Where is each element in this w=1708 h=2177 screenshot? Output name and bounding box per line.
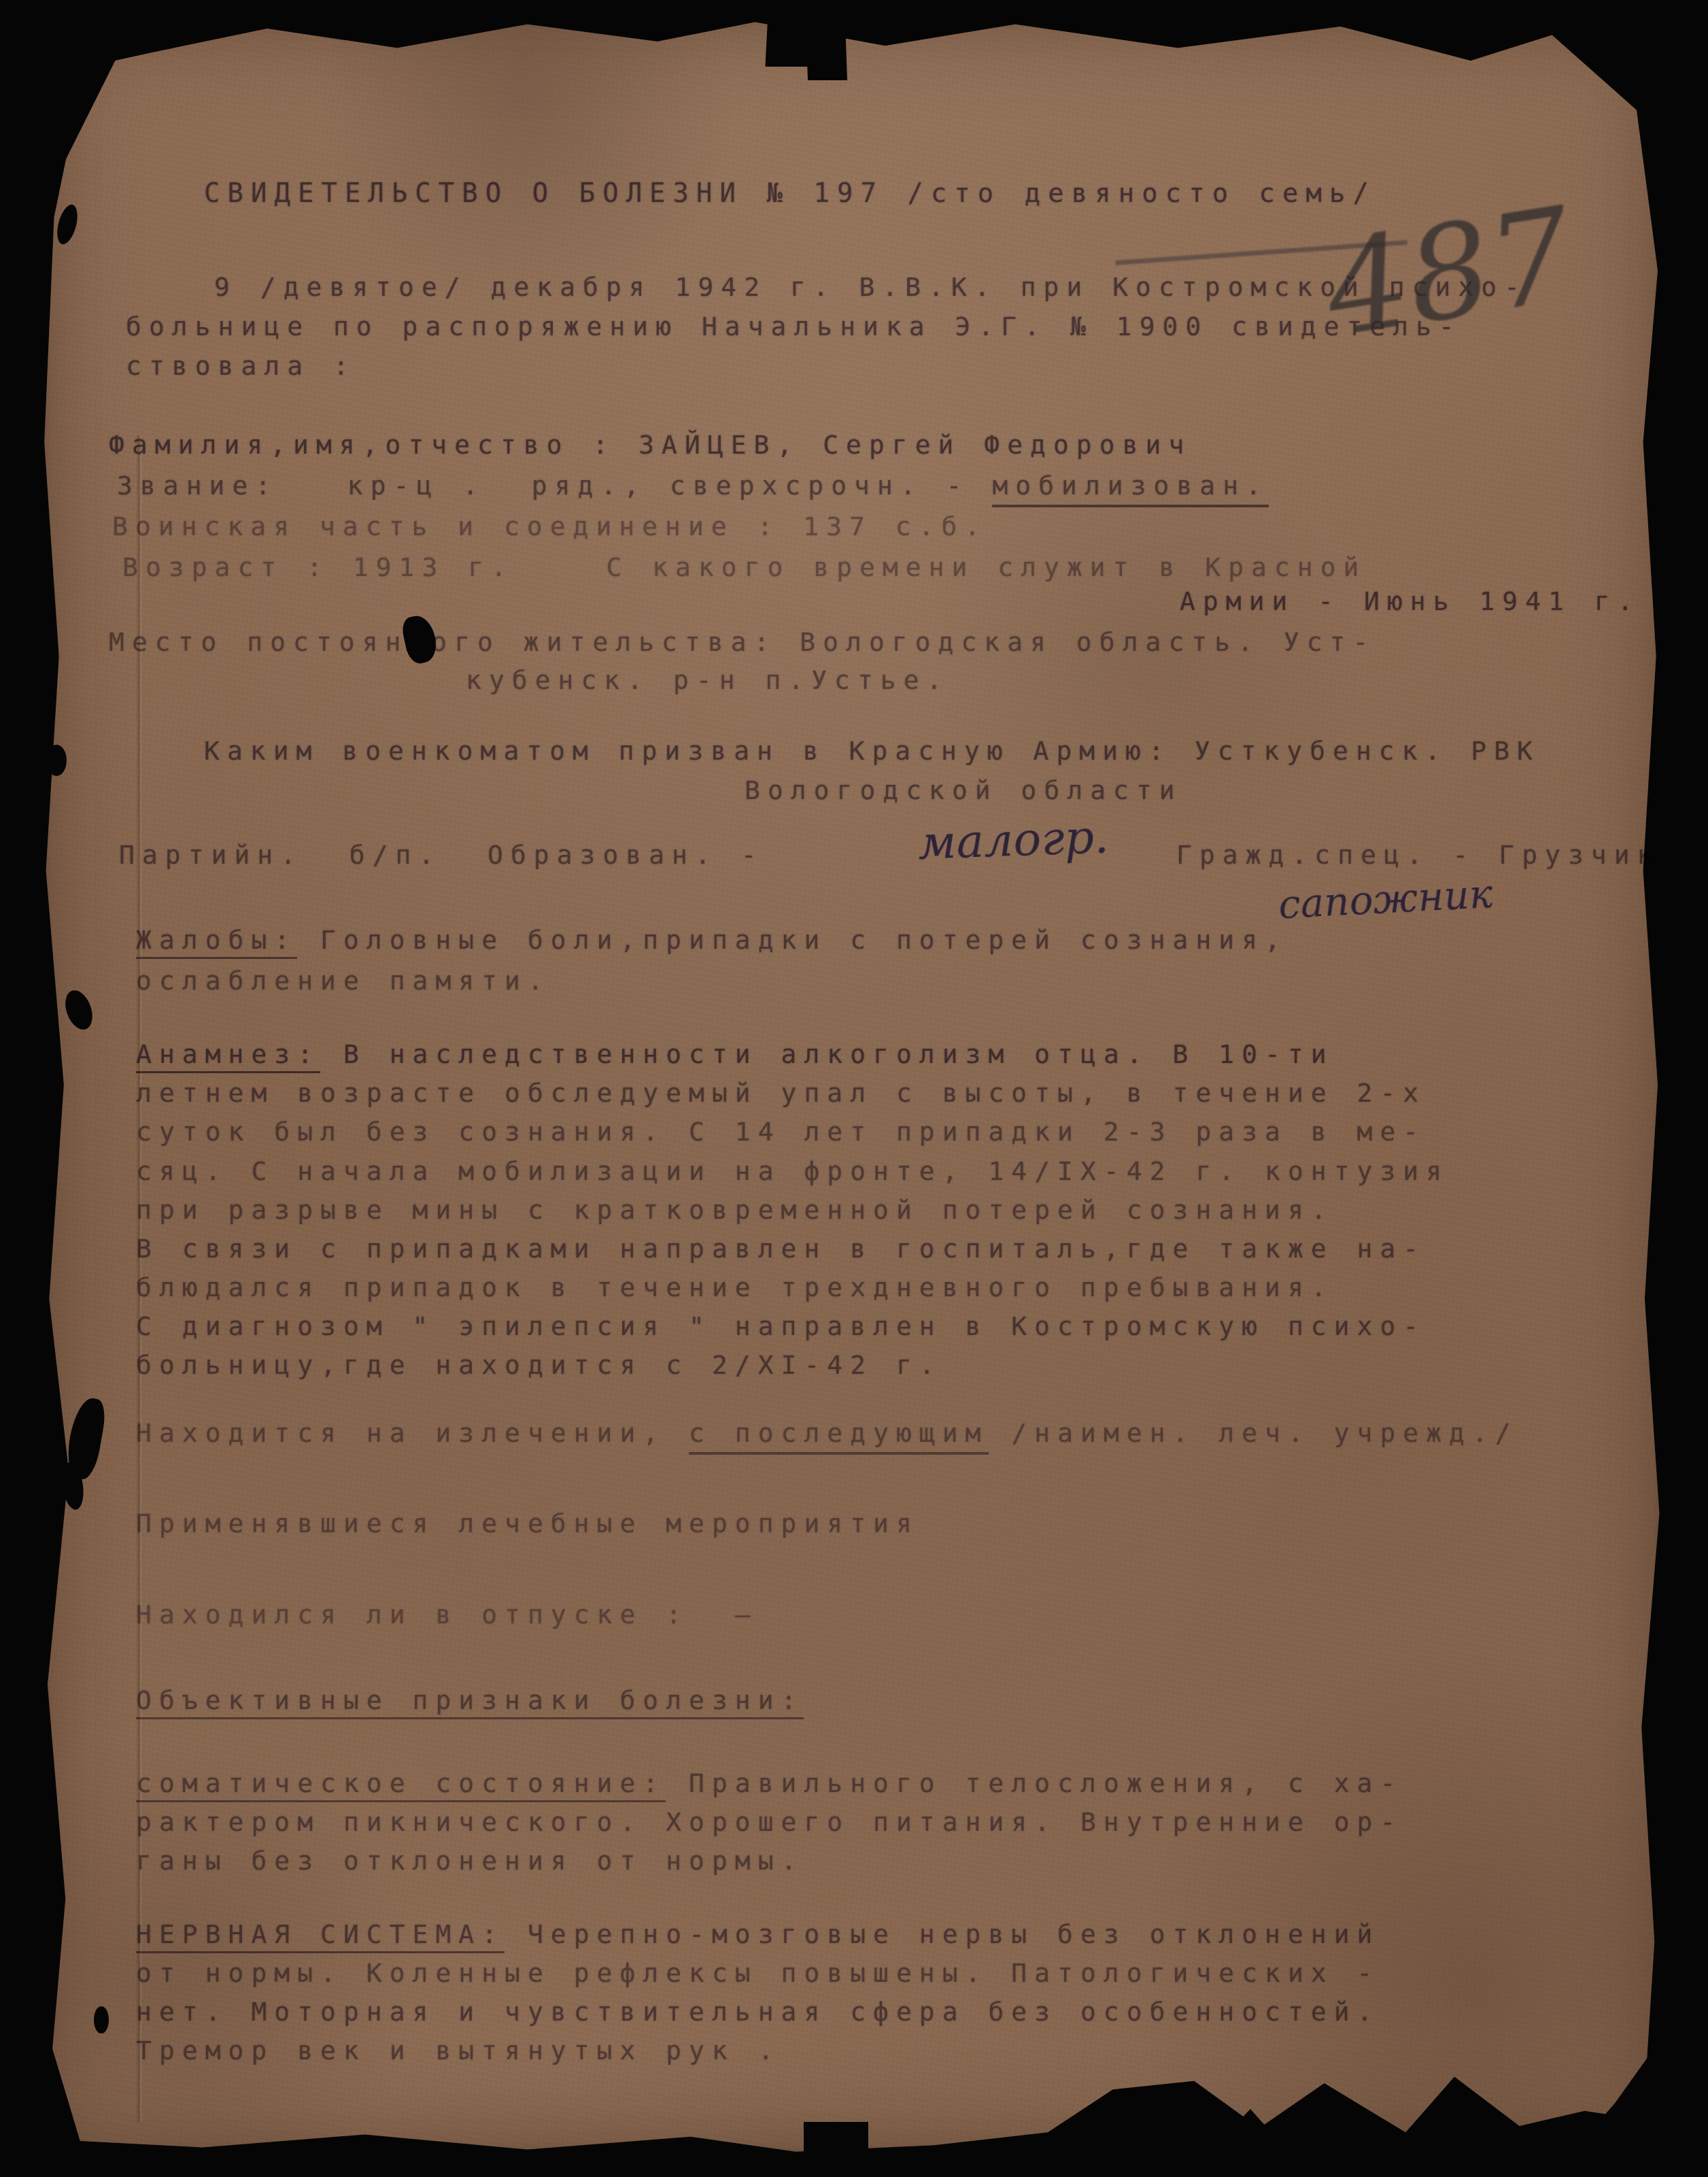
field-rank-underlined: мобилизован. <box>992 471 1269 507</box>
anamnesis-line-2: летнем возрасте обследуемый упал с высот… <box>136 1078 1426 1108</box>
somatic-line-2: рактером пикнического. Хорошего питания.… <box>136 1807 1403 1837</box>
anamnesis-line-1: Анамнез: В наследственности алкоголизм о… <box>136 1039 1334 1069</box>
somatic-line-3: ганы без отклонения от нормы. <box>136 1846 804 1876</box>
hole-left-6 <box>35 1931 52 1993</box>
anamnesis-line-9: больницу,где находится с 2/XI-42 г. <box>136 1350 942 1380</box>
anamnesis-label: Анамнез: <box>136 1039 320 1073</box>
objective-header: Объективные признаки болезни: <box>136 1685 804 1715</box>
field-military-unit: Воинская часть и соединение : 137 с.б. <box>112 511 987 541</box>
scanned-document: СВИДЕТЕЛЬСТВО О БОЛЕЗНИ № 197 /сто девян… <box>0 0 1708 2177</box>
field-residence-line-2: кубенск. р-н п.Устье. <box>466 665 949 695</box>
anamnesis-line-6: В связи с припадками направлен в госпита… <box>136 1234 1426 1264</box>
handwritten-education-note: малогр. <box>917 810 1110 871</box>
nervous-line-4: Тремор век и вытянутых рук . <box>136 2036 781 2065</box>
field-rank-prefix: Звание: кр-ц . ряд., сверхсрочн. - <box>117 471 992 501</box>
intro-line-2: больнице по распоряжению Начальника Э.Г.… <box>126 311 1462 341</box>
hole-left-7 <box>94 2006 109 2033</box>
complaints-text: Головные боли,припадки с потерей сознани… <box>297 925 1288 955</box>
field-drafted-line-2: Вологодской области <box>745 775 1182 805</box>
status-treatment-underlined: с последующим <box>689 1418 988 1455</box>
field-drafted-line-1: Каким военкоматом призван в Красную Арми… <box>204 736 1540 766</box>
tear-top-binding-right <box>805 0 847 80</box>
status-leave-line: Находился ли в отпуске : — <box>136 1600 758 1630</box>
doc-title: СВИДЕТЕЛЬСТВО О БОЛЕЗНИ № 197 /сто девян… <box>204 178 1376 209</box>
field-age-line-1: Возраст : 1913 г. С какого времени служи… <box>122 552 1366 582</box>
nervous-line-2: от нормы. Коленные рефлексы повышены. Па… <box>136 1958 1380 1988</box>
anamnesis-text-1: В наследственности алкоголизм отца. В 10… <box>320 1039 1334 1069</box>
field-civil-specialty: Гражд.спец. - Грузчик <box>1176 840 1660 870</box>
anamnesis-line-5: при разрыве мины с кратковременной потер… <box>136 1195 1334 1225</box>
somatic-label: соматическое состояние: <box>136 1768 666 1802</box>
anamnesis-line-4: сяц. С начала мобилизации на фронте, 14/… <box>136 1156 1449 1186</box>
field-age-line-2: Армии - Июнь 1941 г. <box>1180 586 1641 616</box>
field-full-name: Фамилия,имя,отчество : ЗАЙЦЕВ, Сергей Фе… <box>109 430 1191 460</box>
objective-header-text: Объективные признаки болезни: <box>136 1685 804 1719</box>
field-residence-line-1: Место постоянного жительства: Вологодска… <box>109 627 1376 657</box>
status-treatment-line: Находится на излечении, с последующим /н… <box>136 1418 1518 1448</box>
nervous-line-1: НЕРВНАЯ СИСТЕМА: Черепно-мозговые нервы … <box>136 1919 1380 1949</box>
intro-line-3: ствовала : <box>126 351 356 381</box>
field-party-education: Партийн. б/п. Образован. - <box>119 840 787 870</box>
somatic-line-1: соматическое состояние: Правильного тело… <box>136 1768 1403 1798</box>
complaints-label: Жалобы: <box>136 925 297 959</box>
anamnesis-line-7: блюдался припадок в течение трехдневного… <box>136 1272 1334 1302</box>
hole-left-2 <box>46 745 67 776</box>
anamnesis-line-8: С диагнозом " эпилепсия " направлен в Ко… <box>136 1311 1426 1341</box>
status-treatment-prefix: Находится на излечении, <box>136 1418 689 1448</box>
nervous-line-3: нет. Моторная и чувствительная сфера без… <box>136 1997 1380 2027</box>
complaints-line-1: Жалобы: Головные боли,припадки с потерей… <box>136 925 1288 955</box>
complaints-line-2: ослабление памяти. <box>136 966 551 996</box>
somatic-text-1: Правильного телосложения, с ха- <box>666 1768 1403 1798</box>
status-treatment-suffix: /наимен. леч. учрежд./ <box>989 1418 1518 1448</box>
field-rank: Звание: кр-ц . ряд., сверхсрочн. - мобил… <box>117 471 1269 501</box>
status-measures-line: Применявшиеся лечебные мероприятия <box>136 1508 919 1538</box>
nervous-label: НЕРВНАЯ СИСТЕМА: <box>136 1919 505 1953</box>
tear-bottom-slot <box>804 2122 868 2177</box>
anamnesis-line-3: суток был без сознания. С 14 лет припадк… <box>136 1117 1426 1147</box>
nervous-text-1: Черепно-мозговые нервы без отклонений <box>505 1919 1380 1949</box>
